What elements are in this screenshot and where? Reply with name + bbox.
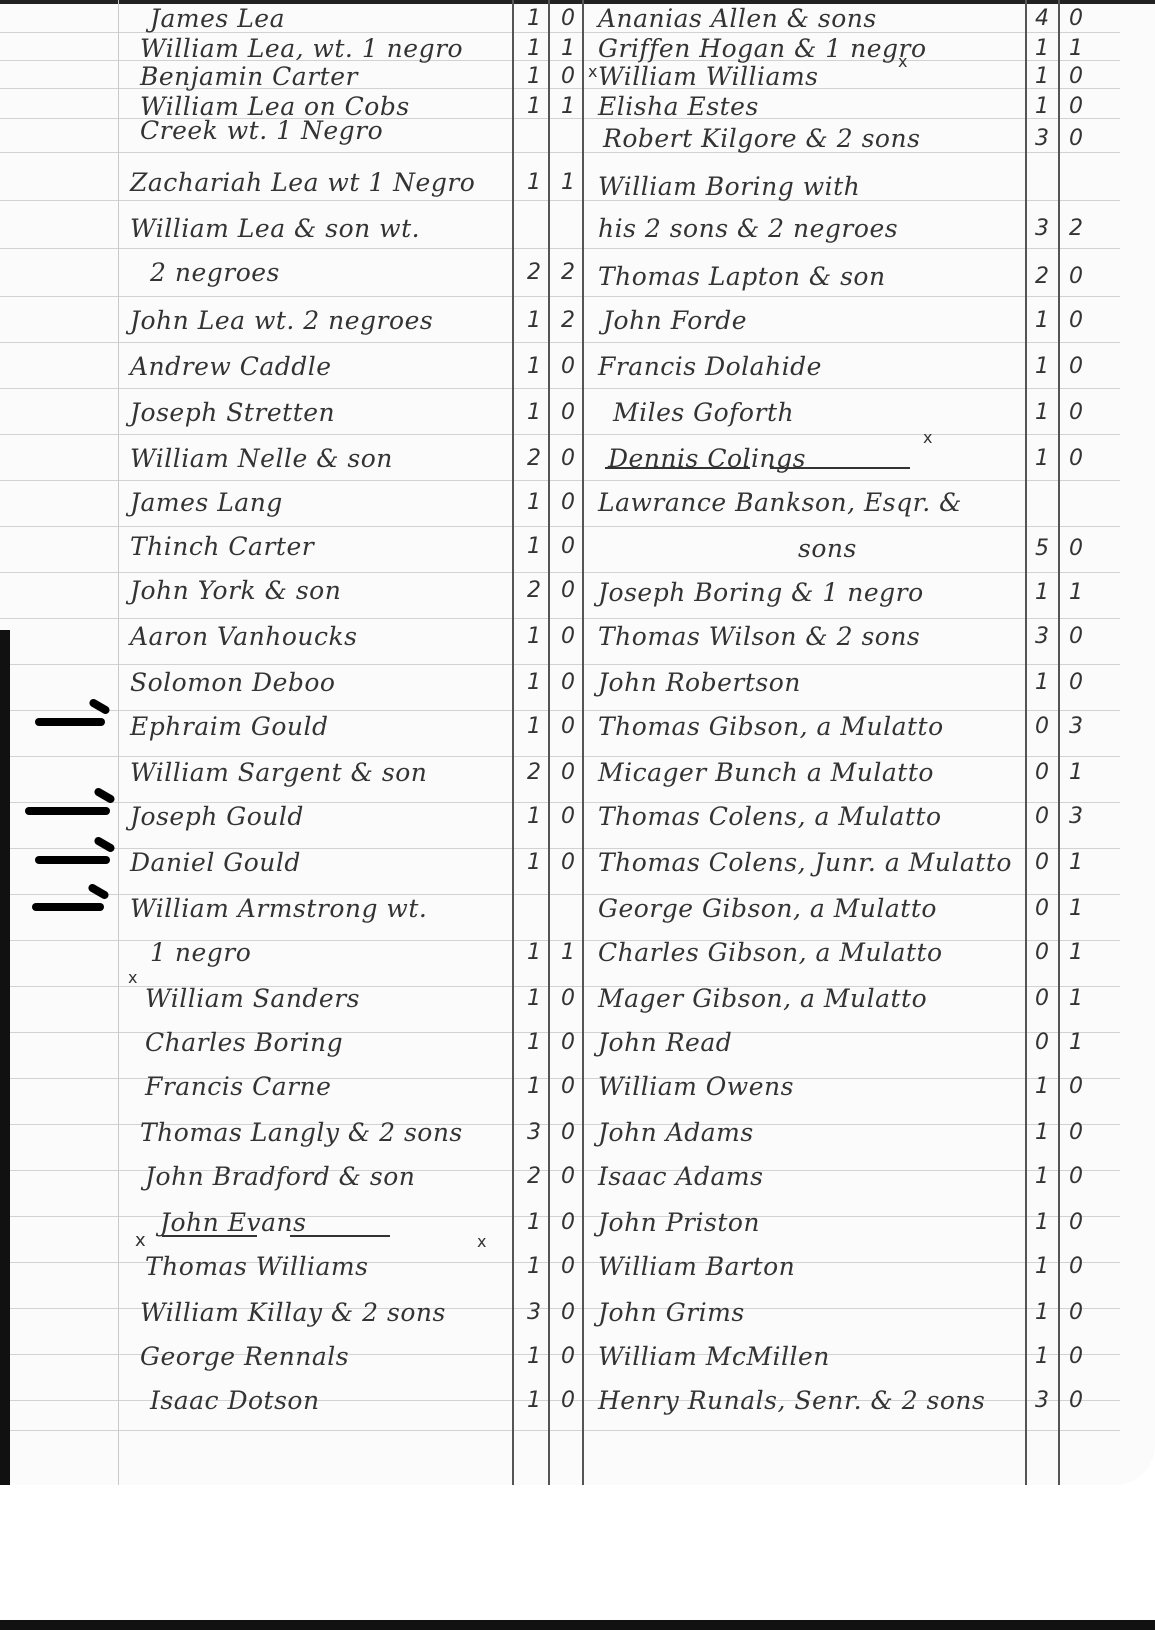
count-column-2: 1 (556, 170, 580, 195)
ruled-line (0, 572, 1120, 573)
count-column-1: 1 (1030, 94, 1054, 119)
entry-name: John Adams (598, 1118, 754, 1147)
count-column-2: 0 (556, 714, 580, 739)
entry-name: Thomas Wilson & 2 sons (598, 622, 920, 651)
count-column-2: 0 (556, 986, 580, 1011)
count-column-1: 1 (1030, 1074, 1054, 1099)
count-column-1: 1 (1030, 1300, 1054, 1325)
count-column-1: 1 (522, 1030, 546, 1055)
entry-name: Thomas Gibson, a Mulatto (598, 712, 944, 741)
count-column-1: 1 (522, 6, 546, 31)
count-column-1: 1 (522, 804, 546, 829)
entry-name: Francis Carne (145, 1072, 331, 1101)
count-column-2: 0 (556, 1030, 580, 1055)
count-column-1: 0 (1030, 986, 1054, 1011)
count-column-1: 1 (522, 36, 546, 61)
entry-name: Miles Goforth (613, 398, 794, 427)
entry-name: Isaac Adams (598, 1162, 763, 1191)
count-column-1: 1 (522, 1254, 546, 1279)
count-column-2: 1 (1064, 940, 1088, 965)
count-column-1: 1 (522, 1344, 546, 1369)
arrow-mark-icon (35, 856, 110, 864)
count-column-1: 2 (522, 1164, 546, 1189)
count-column-2: 0 (556, 534, 580, 559)
entry-name: Joseph Boring & 1 negro (598, 578, 924, 607)
count-column-2: 1 (1064, 580, 1088, 605)
count-column-2: 0 (556, 850, 580, 875)
count-column-1: 1 (1030, 1254, 1054, 1279)
entry-name: Griffen Hogan & 1 negro (598, 34, 927, 63)
count-column-1: 1 (1030, 580, 1054, 605)
count-column-1: 1 (522, 1210, 546, 1235)
count-column-2: 0 (556, 760, 580, 785)
count-column-2: 1 (1064, 760, 1088, 785)
count-column-2: 0 (556, 578, 580, 603)
count-column-2: 0 (556, 64, 580, 89)
underline (162, 1235, 257, 1237)
ruled-line (0, 664, 1120, 665)
count-column-2: 1 (556, 94, 580, 119)
count-column-2: 0 (1064, 1074, 1088, 1099)
ruled-line (0, 526, 1120, 527)
count-column-1: 3 (1030, 624, 1054, 649)
count-column-2: 0 (1064, 624, 1088, 649)
count-column-2: 0 (556, 1344, 580, 1369)
x-mark-icon: x (477, 1232, 486, 1251)
count-column-2: 0 (556, 400, 580, 425)
entry-name: James Lang (130, 488, 283, 517)
entry-name: Andrew Caddle (130, 352, 332, 381)
count-column-2: 1 (1064, 986, 1088, 1011)
count-column-1: 1 (522, 986, 546, 1011)
entry-name: Daniel Gould (130, 848, 301, 877)
column-rule-right-names (582, 0, 584, 1485)
ruled-line (0, 480, 1120, 481)
entry-name: Elisha Estes (598, 92, 759, 121)
count-column-1: 2 (522, 760, 546, 785)
count-column-2: 1 (1064, 1030, 1088, 1055)
count-column-1: 0 (1030, 760, 1054, 785)
entry-name: Zachariah Lea wt 1 Negro (130, 168, 475, 197)
entry-name: Ananias Allen & sons (598, 4, 877, 33)
x-mark-icon: x (135, 1230, 146, 1251)
count-column-1: 2 (1030, 264, 1054, 289)
count-column-2: 0 (1064, 1210, 1088, 1235)
count-column-1: 1 (522, 714, 546, 739)
count-column-1: 1 (1030, 308, 1054, 333)
count-column-1: 0 (1030, 804, 1054, 829)
entry-name: Thomas Lapton & son (598, 262, 886, 291)
entry-name: Charles Boring (145, 1028, 343, 1057)
count-column-2: 0 (556, 1300, 580, 1325)
entry-name: John Bradford & son (145, 1162, 415, 1191)
ruled-line (0, 342, 1120, 343)
count-column-2: 1 (1064, 850, 1088, 875)
ruled-line (0, 710, 1120, 711)
count-column-2: 0 (556, 6, 580, 31)
ruled-line (0, 200, 1120, 201)
count-column-2: 0 (1064, 64, 1088, 89)
count-column-1: 1 (1030, 1344, 1054, 1369)
count-column-2: 0 (556, 354, 580, 379)
entry-name: Joseph Gould (130, 802, 304, 831)
count-column-2: 0 (1064, 1300, 1088, 1325)
count-column-1: 1 (522, 308, 546, 333)
column-rule-right-c2 (1058, 0, 1060, 1485)
ledger-page: James Lea10William Lea, wt. 1 negro11Ben… (0, 0, 1155, 1485)
entry-name: 2 negroes (150, 258, 280, 287)
entry-name: Lawrance Bankson, Esqr. & (598, 488, 962, 517)
entry-name: 1 negro (150, 938, 251, 967)
count-column-1: 1 (1030, 354, 1054, 379)
count-column-1: 1 (522, 400, 546, 425)
x-mark-icon: x (128, 968, 137, 987)
entry-name: William Sanders (145, 984, 360, 1013)
entry-name: John Grims (598, 1298, 745, 1327)
ruled-line (0, 296, 1120, 297)
count-column-2: 0 (1064, 400, 1088, 425)
entry-name: Thomas Colens, Junr. a Mulatto (598, 848, 1012, 877)
count-column-2: 0 (1064, 1344, 1088, 1369)
count-column-2: 0 (1064, 670, 1088, 695)
entry-name: William Boring with (598, 172, 860, 201)
ruled-line (0, 756, 1120, 757)
ruled-line (0, 434, 1120, 435)
entry-name: John York & son (130, 576, 341, 605)
count-column-1: 4 (1030, 6, 1054, 31)
count-column-1: 1 (522, 1074, 546, 1099)
count-column-1: 1 (1030, 1120, 1054, 1145)
count-column-2: 0 (1064, 354, 1088, 379)
underline (605, 467, 750, 469)
count-column-1: 1 (522, 534, 546, 559)
count-column-1: 5 (1030, 536, 1054, 561)
count-column-2: 2 (556, 308, 580, 333)
count-column-1: 1 (1030, 36, 1054, 61)
count-column-1: 2 (522, 446, 546, 471)
ruled-line (0, 618, 1120, 619)
entry-name: Mager Gibson, a Mulatto (598, 984, 927, 1013)
count-column-1: 1 (1030, 1210, 1054, 1235)
count-column-2: 0 (1064, 1388, 1088, 1413)
x-mark-icon: x (898, 52, 907, 71)
count-column-1: 0 (1030, 850, 1054, 875)
count-column-2: 0 (556, 624, 580, 649)
entry-name: his 2 sons & 2 negroes (598, 214, 898, 243)
count-column-1: 0 (1030, 896, 1054, 921)
entry-name: Henry Runals, Senr. & 2 sons (598, 1386, 985, 1415)
count-column-2: 3 (1064, 714, 1088, 739)
count-column-2: 0 (1064, 94, 1088, 119)
page-binding-edge (0, 630, 10, 1485)
count-column-1: 1 (522, 490, 546, 515)
count-column-2: 0 (556, 1388, 580, 1413)
count-column-1: 1 (1030, 64, 1054, 89)
entry-name: William Lea, wt. 1 negro (140, 34, 463, 63)
entry-name: James Lea (150, 4, 285, 33)
count-column-1: 1 (522, 850, 546, 875)
entry-name: William Barton (598, 1252, 795, 1281)
ruled-line (0, 388, 1120, 389)
count-column-1: 1 (522, 354, 546, 379)
count-column-1: 1 (522, 624, 546, 649)
entry-name: sons (798, 534, 857, 563)
count-column-2: 0 (556, 1210, 580, 1235)
entry-name: Creek wt. 1 Negro (140, 116, 383, 145)
count-column-2: 0 (556, 1074, 580, 1099)
entry-name: John Priston (598, 1208, 760, 1237)
entry-name: Thinch Carter (130, 532, 314, 561)
count-column-2: 0 (1064, 308, 1088, 333)
column-rule-right-c1 (1025, 0, 1027, 1485)
entry-name: Solomon Deboo (130, 668, 335, 697)
count-column-1: 1 (522, 94, 546, 119)
entry-name: John Lea wt. 2 negroes (130, 306, 433, 335)
count-column-1: 2 (522, 260, 546, 285)
count-column-1: 1 (522, 170, 546, 195)
entry-name: John Read (598, 1028, 732, 1057)
underline (770, 467, 910, 469)
count-column-1: 3 (522, 1120, 546, 1145)
entry-name: Ephraim Gould (130, 712, 328, 741)
count-column-2: 3 (1064, 804, 1088, 829)
count-column-1: 3 (1030, 216, 1054, 241)
entry-name: John Evans (160, 1208, 306, 1237)
x-mark-icon: x (923, 428, 932, 447)
count-column-2: 0 (1064, 446, 1088, 471)
count-column-2: 0 (556, 670, 580, 695)
entry-name: Micager Bunch a Mulatto (598, 758, 934, 787)
entry-name: John Robertson (598, 668, 801, 697)
count-column-2: 0 (556, 490, 580, 515)
arrow-mark-icon (35, 718, 105, 726)
column-rule-left-c2 (548, 0, 550, 1485)
entry-name: Joseph Stretten (130, 398, 335, 427)
count-column-2: 0 (556, 446, 580, 471)
count-column-1: 0 (1030, 940, 1054, 965)
count-column-2: 0 (556, 1120, 580, 1145)
ruled-line (0, 1430, 1120, 1431)
count-column-2: 1 (1064, 896, 1088, 921)
count-column-2: 0 (1064, 1254, 1088, 1279)
entry-name: Robert Kilgore & 2 sons (603, 124, 920, 153)
entry-name: William Lea & son wt. (130, 214, 420, 243)
entry-name: Thomas Williams (145, 1252, 368, 1281)
entry-name: William Owens (598, 1072, 794, 1101)
count-column-2: 2 (1064, 216, 1088, 241)
underline (290, 1235, 390, 1237)
entry-name: Aaron Vanhoucks (130, 622, 358, 651)
entry-name: Francis Dolahide (598, 352, 822, 381)
count-column-1: 1 (1030, 670, 1054, 695)
count-column-1: 1 (522, 940, 546, 965)
count-column-2: 1 (556, 940, 580, 965)
entry-name: William Armstrong wt. (130, 894, 427, 923)
entry-name: Thomas Langly & 2 sons (140, 1118, 463, 1147)
count-column-1: 1 (1030, 400, 1054, 425)
entry-name: William Sargent & son (130, 758, 427, 787)
count-column-2: 0 (1064, 6, 1088, 31)
count-column-2: 1 (556, 36, 580, 61)
count-column-2: 0 (1064, 126, 1088, 151)
count-column-2: 0 (556, 804, 580, 829)
count-column-1: 1 (1030, 1164, 1054, 1189)
entry-name: William Killay & 2 sons (140, 1298, 446, 1327)
count-column-2: 0 (556, 1254, 580, 1279)
entry-name: John Forde (603, 306, 747, 335)
count-column-1: 3 (522, 1300, 546, 1325)
count-column-2: 1 (1064, 36, 1088, 61)
entry-name: William McMillen (598, 1342, 830, 1371)
count-column-1: 2 (522, 578, 546, 603)
ruled-line (0, 152, 1120, 153)
entry-name: William Nelle & son (130, 444, 393, 473)
entry-name: George Gibson, a Mulatto (598, 894, 937, 923)
count-column-2: 0 (1064, 264, 1088, 289)
entry-name: George Rennals (140, 1342, 349, 1371)
entry-name: Benjamin Carter (140, 62, 358, 91)
entry-name: Charles Gibson, a Mulatto (598, 938, 943, 967)
scan-bottom-edge (0, 1620, 1155, 1630)
count-column-1: 0 (1030, 714, 1054, 739)
count-column-2: 0 (1064, 536, 1088, 561)
entry-name: Isaac Dotson (150, 1386, 320, 1415)
count-column-1: 1 (1030, 446, 1054, 471)
count-column-1: 1 (522, 64, 546, 89)
count-column-2: 2 (556, 260, 580, 285)
column-rule-left-c1 (512, 0, 514, 1485)
arrow-mark-icon (32, 903, 104, 911)
x-mark-icon: x (588, 62, 597, 81)
count-column-1: 3 (1030, 126, 1054, 151)
count-column-1: 3 (1030, 1388, 1054, 1413)
entry-name: Thomas Colens, a Mulatto (598, 802, 942, 831)
count-column-1: 1 (522, 670, 546, 695)
ruled-line (0, 248, 1120, 249)
count-column-2: 0 (1064, 1164, 1088, 1189)
arrow-mark-icon (25, 807, 110, 815)
entry-name: William Williams (598, 62, 818, 91)
count-column-1: 1 (522, 1388, 546, 1413)
count-column-1: 0 (1030, 1030, 1054, 1055)
count-column-2: 0 (1064, 1120, 1088, 1145)
margin-rule (118, 0, 119, 1485)
count-column-2: 0 (556, 1164, 580, 1189)
